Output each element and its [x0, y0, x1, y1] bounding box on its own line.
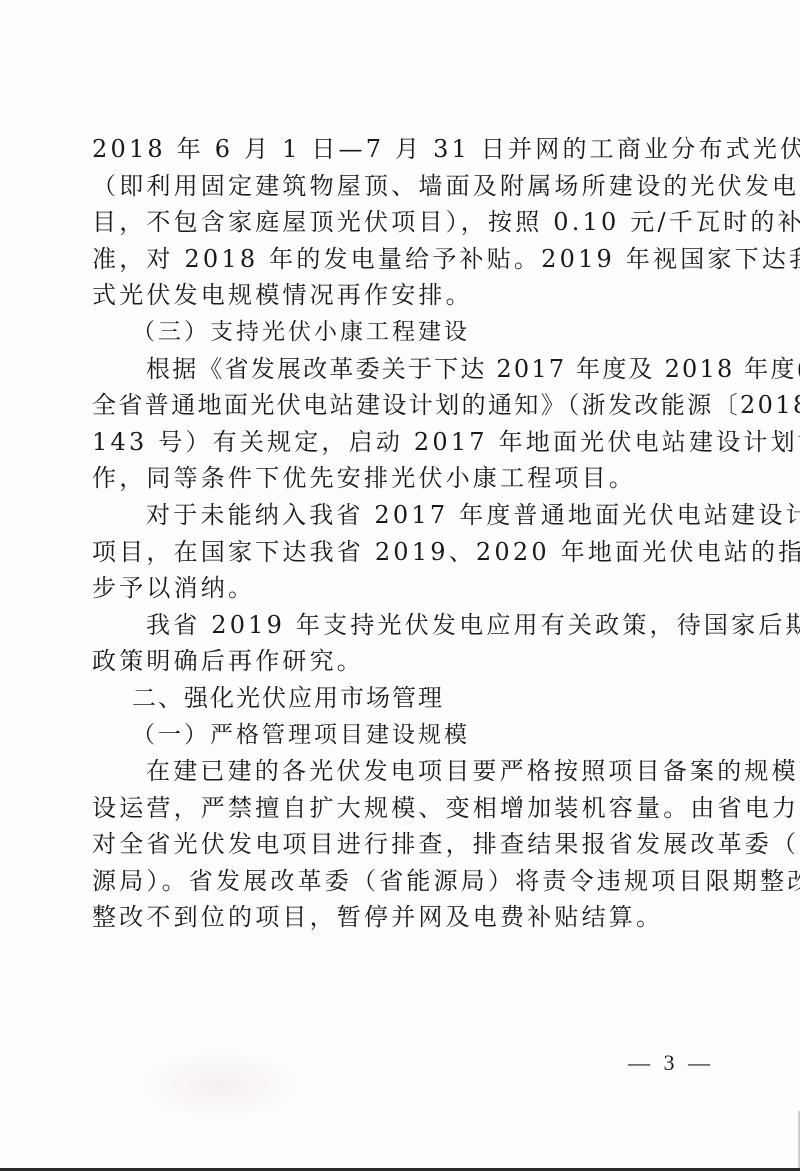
subsection-heading-project-scale: （一）严格管理项目建设规模 — [92, 717, 704, 754]
document-body: 2018 年 6 月 1 日—7 月 31 日并网的工商业分布式光伏发电项目 （… — [92, 131, 704, 936]
section-heading-market-management: 二、强化光伏应用市场管理 — [92, 680, 704, 717]
paper-smudge — [140, 1050, 300, 1120]
paragraph-line: 整改不到位的项目，暂停并网及电费补贴结算。 — [92, 899, 704, 936]
paragraph-line: 目，不包含家庭屋顶光伏项目），按照 0.10 元/千瓦时的补贴标 — [92, 204, 704, 241]
paragraph-line: 政策明确后再作研究。 — [92, 643, 704, 680]
paragraph-line: 对于未能纳入我省 2017 年度普通地面光伏电站建设计划的 — [92, 497, 704, 534]
paragraph-line: 源局）。省发展改革委（省能源局）将责令违规项目限期整改， — [92, 863, 704, 900]
page-number: — 3 — — [628, 1050, 714, 1076]
paragraph-line: 式光伏发电规模情况再作安排。 — [92, 277, 704, 314]
paragraph-line: 对全省光伏发电项目进行排查，排查结果报省发展改革委（省能 — [92, 826, 704, 863]
paragraph-line: （即利用固定建筑物屋顶、墙面及附属场所建设的光伏发电项 — [92, 168, 704, 205]
paragraph-line: 143 号）有关规定，启动 2017 年地面光伏电站建设计划调整工 — [92, 424, 704, 461]
paragraph-line: 准，对 2018 年的发电量给予补贴。2019 年视国家下达我省分布 — [92, 241, 704, 278]
paragraph-line: 步予以消纳。 — [92, 570, 704, 607]
paragraph-line: 作，同等条件下优先安排光伏小康工程项目。 — [92, 460, 704, 497]
paragraph-line: 2018 年 6 月 1 日—7 月 31 日并网的工商业分布式光伏发电项目 — [92, 131, 704, 168]
subsection-heading-support-poverty-pv: （三）支持光伏小康工程建设 — [92, 314, 704, 351]
paragraph-line: 项目，在国家下达我省 2019、2020 年地面光伏电站的指标中逐 — [92, 534, 704, 571]
paragraph-line: 我省 2019 年支持光伏发电应用有关政策，待国家后期相关 — [92, 607, 704, 644]
document-page: 2018 年 6 月 1 日—7 月 31 日并网的工商业分布式光伏发电项目 （… — [0, 0, 800, 1171]
paragraph-line: 全省普通地面光伏电站建设计划的通知》（浙发改能源〔2018〕 — [92, 387, 704, 424]
paragraph-line: 设运营，严禁擅自扩大规模、变相增加装机容量。由省电力公司 — [92, 790, 704, 827]
paragraph-line: 根据《省发展改革委关于下达 2017 年度及 2018 年度(部分） — [92, 351, 704, 388]
paragraph-line: 在建已建的各光伏发电项目要严格按照项目备案的规模建 — [92, 753, 704, 790]
